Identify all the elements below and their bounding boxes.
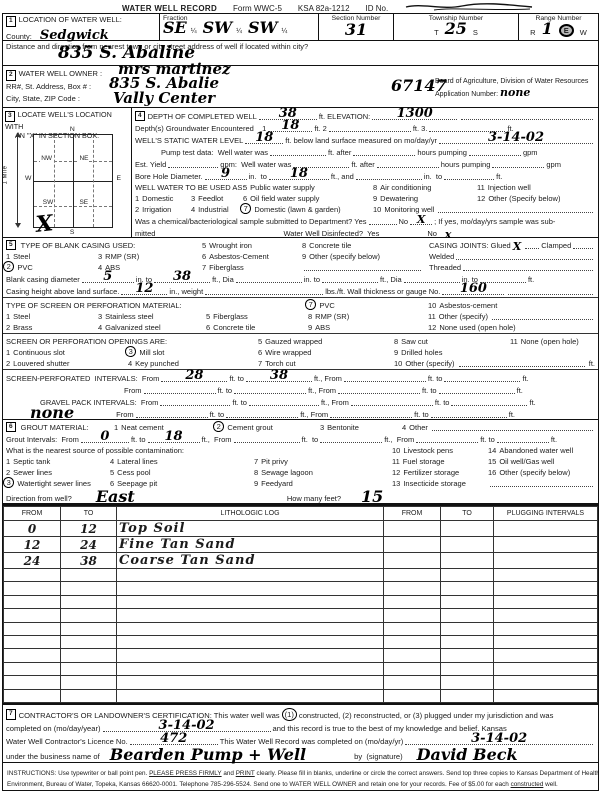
section-number-box: 4 [135,111,145,122]
label: Est. Yield [135,160,166,169]
table-cell [494,537,598,553]
blank-line [160,399,230,406]
option-number: 1 [6,457,10,466]
option-number: 2 [6,323,10,332]
section-7-certification: 7CONTRACTOR'S OR LANDOWNER'S CERTIFICATI… [3,705,598,763]
option-label: Steel [13,252,30,261]
table-cell [384,609,441,622]
well-use-options-row-1: WELL WATER TO BE USED AS:5Public water s… [132,181,598,192]
blank-line: 38 [246,375,312,382]
table-row [4,689,598,702]
option-12: 12None used (open hole) [428,323,595,332]
quarter-glyph: ¼ [282,28,288,35]
option-label: Neat cement [121,423,164,432]
blank-line [508,288,593,295]
table-cell [494,676,598,689]
option-7: 7Fiberglass [202,263,298,272]
west-label: W [25,175,31,182]
blank-line [459,360,585,367]
table-cell: 12 [61,521,117,537]
one-mile-label: 1 Mile [3,165,9,184]
table-cell [117,689,384,702]
blank-line [270,149,326,156]
option-5: 5Public water supply [243,183,369,192]
blank-line: 12 [121,288,167,295]
option-label: Abandoned water well [499,446,573,455]
option-label: Domestic [142,194,173,203]
option-number: 8 [394,337,398,346]
option-label: Drilled holes [401,348,442,357]
blank-line: 5 [82,276,134,283]
table-cell [441,649,494,662]
label: ft. after [328,148,351,157]
blank-line [329,125,411,132]
option-4: 4Galvanized steel [98,323,202,332]
label: gpm [546,160,561,169]
depth-completed-line: 4DEPTH OF COMPLETED WELL38ft. ELEVATION:… [132,109,598,121]
divider [3,333,598,334]
column-header: LITHOLOGIC LOG [117,507,384,521]
option-number: 10 [373,205,381,214]
grout-intervals-line: Grout Intervals: From0ft. to18ft., Fromf… [3,432,598,444]
option-group-title: SCREEN OR PERFORATION OPENINGS ARE: [6,337,254,346]
option-1: 1Neat cement [114,423,212,432]
option-label: Irrigation [142,205,171,214]
option-label: Fiberglass [209,263,244,272]
option-label: SCREEN OR PERFORATION OPENINGS ARE: [6,337,167,346]
option-number: 9 [254,479,258,488]
blank-line [456,253,593,260]
option-label: Mill slot [139,348,164,357]
blank-line [351,399,433,406]
label: mitted [135,229,155,238]
handwriting: 15 [361,489,383,505]
table-row: 2438Coarse Tan Sand [4,553,598,569]
blank-line [338,387,420,394]
handwriting: 18 [290,166,308,181]
option-label: WELL WATER TO BE USED AS: [135,183,244,192]
label: Grout Intervals: From [6,435,79,444]
section-number-box: 3 [5,111,15,122]
label: constructed, (2) reconstructed, or (3) p… [299,711,554,720]
table-cell [441,689,494,702]
well-use-options-row-3: 2Irrigation4Industrial7Domestic (lawn & … [132,203,598,214]
table-cell [441,521,494,537]
blank-line [451,399,527,406]
label: Environment, Bureau of Water, Topeka, Ka… [7,781,511,788]
table-cell [494,569,598,582]
table-cell [384,676,441,689]
option-number: 8 [308,312,312,321]
label: Direction from well? [6,494,72,503]
instructions-line-2: Environment, Bureau of Water, Topeka, Ka… [7,777,594,788]
north-label: N [70,126,75,133]
table-cell [4,609,61,622]
label: From [124,386,142,395]
table-cell [61,582,117,595]
option-label: Dewatering [380,194,418,203]
option-label: Air conditioning [380,183,431,192]
table-cell [61,569,117,582]
label: gpm [523,148,538,157]
option-10: 10Monitoring well [373,205,595,214]
handwriting: 24 [24,554,41,568]
section-4-well-depth: 4DEPTH OF COMPLETED WELL38ft. ELEVATION:… [132,108,598,237]
casing-joints-block: CASING JOINTS: GluedXClamped Welded Thre… [426,239,598,272]
label: and [222,770,236,777]
label: ft. 3. [413,124,428,133]
table-cell [494,582,598,595]
handwriting: 472 [160,731,187,746]
table-cell [441,635,494,648]
section-box-compass: NW NE SW SE N S W E X [33,134,113,228]
table-cell: 24 [4,553,61,569]
table-cell [117,622,384,635]
label: Threaded [429,263,461,272]
county-label: County: [6,32,32,41]
range-cell: Range Number R1EW [519,14,598,40]
circled-option-number: 2 [213,421,224,432]
table-row: 012Top Soil [4,521,598,537]
handwriting: 160 [460,281,487,296]
option-number: 16 [488,468,496,477]
label: in. to [249,172,267,181]
section-number-box: 6 [6,422,16,433]
option-number: 6 [202,252,206,261]
form-body: 1LOCATION OF WATER WELL: County:Sedgwick… [2,13,599,791]
table-cell [384,635,441,648]
application-number-handwriting: none [500,86,530,99]
label: in., weight [169,287,203,296]
table-cell [117,676,384,689]
option-10: 10Other (specify)ft. [394,359,595,368]
section-1-title: LOCATION OF WATER WELL: [19,15,122,24]
option-label: Sewage lagoon [261,468,313,477]
label: ft., Dia [380,275,402,284]
option-label: Feedyard [261,479,293,488]
label: ft. to [229,374,244,383]
contamination-row-1: What is the nearest source of possible c… [3,444,598,455]
column-header: FROM [4,507,61,521]
label: ft. to [422,386,437,395]
option-label: Pit privy [261,457,288,466]
option-label: Monitoring well [384,205,434,214]
table-cell: 12 [4,537,61,553]
label: gpm: Well water was [220,160,291,169]
quadrant-se-label: SE [78,199,89,206]
table-cell [494,595,598,608]
divider [3,297,598,298]
blank-line [304,264,421,271]
blank-line: 3-14-02 [439,137,593,144]
table-row [4,582,598,595]
blank-line [461,113,593,120]
option-number: 10 [392,446,400,455]
table-cell [4,569,61,582]
blank-line [234,387,306,394]
option-label: Other (specify) [405,359,454,368]
blank-line [438,206,593,213]
option-4: 4Industrial [191,205,239,214]
option-label: Concrete tile [309,241,351,250]
handwriting: 0 [100,429,109,444]
option-label: Other (specify below) [499,468,570,477]
circled-option-number: 7 [240,203,251,214]
option-label: Concrete tile [213,323,255,332]
township-handwriting: 25 [445,21,467,37]
label: No [427,229,437,238]
section-1-location: 1LOCATION OF WATER WELL: County:Sedgwick… [3,14,598,41]
option-8: 8Concrete tile [302,241,423,250]
south-label: S [70,229,75,236]
option-label: Other [409,423,428,432]
section-number-box: 5 [6,240,16,251]
option-5: 5Cess pool [110,468,250,477]
table-cell [494,649,598,662]
option-label: Cess pool [117,468,150,477]
option-number: 11 [510,337,518,346]
option-number: 4 [110,457,114,466]
label: Clamped [541,241,571,250]
table-cell [494,689,598,702]
option-number: 1 [6,252,10,261]
blank-line [136,411,208,418]
option-label: Saw cut [401,337,428,346]
option-11: 11Other (specify) [428,312,595,321]
blank-line [404,276,460,283]
option-label: Injection well [488,183,531,192]
table-cell [4,595,61,608]
blank-line [469,149,521,156]
option-label: Fuel storage [403,457,445,466]
option-label: ABS [315,323,330,332]
option-label: None used (open hole) [439,323,515,332]
section-3-title-1: LOCATE WELL'S LOCATION WITH [5,110,112,131]
label: CONTRACTOR'S OR LANDOWNER'S CERTIFICATIO… [19,711,280,720]
table-cell [441,537,494,553]
option-number: 10 [428,301,436,310]
label: lbs./ft. Wall thickness or gauge No. [325,287,440,296]
table-cell: Coarse Tan Sand [117,553,384,569]
section-number-cell: Section Number 31 [319,14,394,40]
label: ft. 2 [314,124,327,133]
table-cell [494,662,598,675]
option-number: 4 [98,263,102,272]
option-number: 8 [254,468,258,477]
label: ft. [509,410,515,419]
table-cell [494,553,598,569]
option-group-title: TYPE OF SCREEN OR PERFORATION MATERIAL: [6,301,304,310]
option-9: 9Dewatering [373,194,473,203]
quadrant-sw-label: SW [42,199,54,206]
label: ft. to [232,398,247,407]
option-label: PVC [17,263,32,272]
label: ft. [522,374,528,383]
blank-line [416,436,478,443]
option-group-title: 5TYPE OF BLANK CASING USED: [6,240,198,251]
option-8: 8Saw cut [394,337,506,346]
option-number: 1 [6,348,10,357]
option-label: TYPE OF BLANK CASING USED: [21,241,136,250]
handwriting: Bearden Pump + Well [110,747,306,763]
ksa-number: KSA 82a-1212 [298,4,350,13]
table-row [4,662,598,675]
option-label: Public water supply [250,183,315,192]
label: ft. [496,172,502,181]
option-5: 5Fiberglass [206,312,304,321]
label: ft. to [435,398,450,407]
label: ft., From [321,398,349,407]
label: clearly. Please fill in blanks, underlin… [255,770,599,777]
compass-horizontal-line [34,181,112,182]
handwriting: Coarse Tan Sand [119,553,256,568]
label: ft., From [384,435,414,444]
section-number-box: 1 [6,16,16,27]
option-number: 5 [206,312,210,321]
table-cell [384,569,441,582]
table-cell [4,676,61,689]
option-9: 9Drilled holes [394,348,506,357]
grout-material-row: 6GROUT MATERIAL:1Neat cement2Cement grou… [3,421,598,432]
option-number: 4 [191,205,195,214]
section-5-casing: 5TYPE OF BLANK CASING USED:5Wrought iron… [3,238,598,420]
handwriting: 28 [185,368,203,383]
handwriting: 18 [281,118,299,133]
table-cell: 0 [4,521,61,537]
quarter-glyph: ¼ [236,28,242,35]
blank-line [168,161,218,168]
column-header: TO [61,507,117,521]
casing-options-row-1: 5TYPE OF BLANK CASING USED:5Wrought iron… [3,239,426,250]
handwriting: 18 [164,429,182,444]
township-cell: Township Number T25S [394,14,519,40]
contamination-row-2: 1Septic tank4Lateral lines7Pit privy11Fu… [3,455,598,466]
form-title: WATER WELL RECORD [122,4,217,13]
option-label: Gauzed wrapped [265,337,322,346]
option-label: RMP (SR) [105,252,139,261]
option-number: 3 [98,252,102,261]
blank-line [492,313,593,320]
blank-casing-diameter-line: Blank casing diameter5in. to38ft., Diain… [3,272,598,284]
option-label: Oil well/Gas well [499,457,554,466]
option-number: 12 [477,194,485,203]
blank-line [497,436,549,443]
option-number: 5 [110,468,114,477]
blank-line [249,399,319,406]
option-label: Stainless steel [105,312,153,321]
option-number: 8 [302,241,306,250]
distance-row: Distance and direction from nearest town… [3,41,598,66]
section-number-box: 2 [6,70,16,81]
table-cell [61,595,117,608]
label: ft., From [308,386,336,395]
label: hours pumping [417,148,467,157]
table-cell [441,662,494,675]
handwriting: 5 [103,269,112,284]
option-3: 3RMP (SR) [98,252,198,261]
handwriting: 3-14-02 [488,130,544,145]
label: by (signature) [354,752,403,761]
table-cell: 24 [61,537,117,553]
option-number: 3 [98,312,102,321]
range-west: W [580,28,587,37]
table-cell [384,582,441,595]
option-3: 3Bentonite [320,423,398,432]
option-number: 13 [392,479,400,488]
direction-from-well-line: Direction from well?EastHow many feet?15 [3,488,598,503]
casing-joints-threaded-line: Threaded [426,261,598,272]
underlined-label: PLEASE PRESS FIRMLY [149,770,222,777]
table-cell [384,595,441,608]
table-cell [441,569,494,582]
screen-material-row-3: 2Brass4Galvanized steel6Concrete tile9AB… [3,321,598,332]
handwriting: 0 [28,522,36,536]
option-6: 6Oil field water supply [243,194,369,203]
table-cell [384,649,441,662]
handwriting: 1300 [397,106,433,121]
table-cell [117,569,384,582]
option-2: 2PVC [6,261,94,272]
option-label: GROUT MATERIAL: [21,423,89,432]
table-cell [384,537,441,553]
table-cell [384,662,441,675]
option-label: Key punched [135,359,179,368]
label: in. to [424,172,442,181]
option-14: 14Abandoned water well [488,446,595,455]
handwriting: 24 [80,538,97,552]
range-east-circled: E [559,24,574,37]
table-cell [441,609,494,622]
blank-line [377,161,439,168]
blank-line: 1300 [372,113,457,120]
table-cell [61,609,117,622]
gravel-pack-intervals-line-2: noneFromft. toft., Fromft. toft. [3,407,598,419]
label: ft. [517,386,523,395]
id-scribble [404,1,534,11]
label: ft. to [210,410,225,419]
quadrant-ne-label: NE [78,155,89,162]
label: ft., Dia [212,275,234,284]
table-cell [61,622,117,635]
table-row [4,569,598,582]
compass-dashed-line [54,135,55,227]
table-cell: Fine Tan Sand [117,537,384,553]
table-cell [384,521,441,537]
blank-line: 472 [130,738,218,745]
option-1: 1Continuous slot [6,348,124,357]
blank-line: 0 [81,436,129,443]
option-10: 10Asbestos-cement [428,301,595,310]
option-7: 7Domestic (lawn & garden) [243,203,369,214]
circled-option-number: 3 [125,346,136,357]
screen-material-row-1: TYPE OF SCREEN OR PERFORATION MATERIAL:7… [3,299,598,310]
option-number: 4 [128,359,132,368]
option-number: 6 [206,323,210,332]
location-cell: 1LOCATION OF WATER WELL: County:Sedgwick [3,14,160,40]
option-6: 6Wire wrapped [258,348,390,357]
label: ft. ELEVATION: [319,112,370,121]
blank-line: 28 [161,375,227,382]
option-10: 10Livestock pens [392,446,484,455]
water-well-record-form: WATER WELL RECORD Form WWC-5 KSA 82a-121… [2,0,599,791]
label: Pump test data: Well water was [161,148,268,157]
table-cell [61,662,117,675]
option-number: 5 [202,241,206,250]
option-label: Asbestos-Cement [209,252,269,261]
table-cell [384,689,441,702]
section-2-owner: 2WATER WELL OWNER : RR#, St. Address, Bo… [3,66,598,108]
board-of-agriculture-block: Board of Agriculture, Division of Water … [435,76,595,100]
